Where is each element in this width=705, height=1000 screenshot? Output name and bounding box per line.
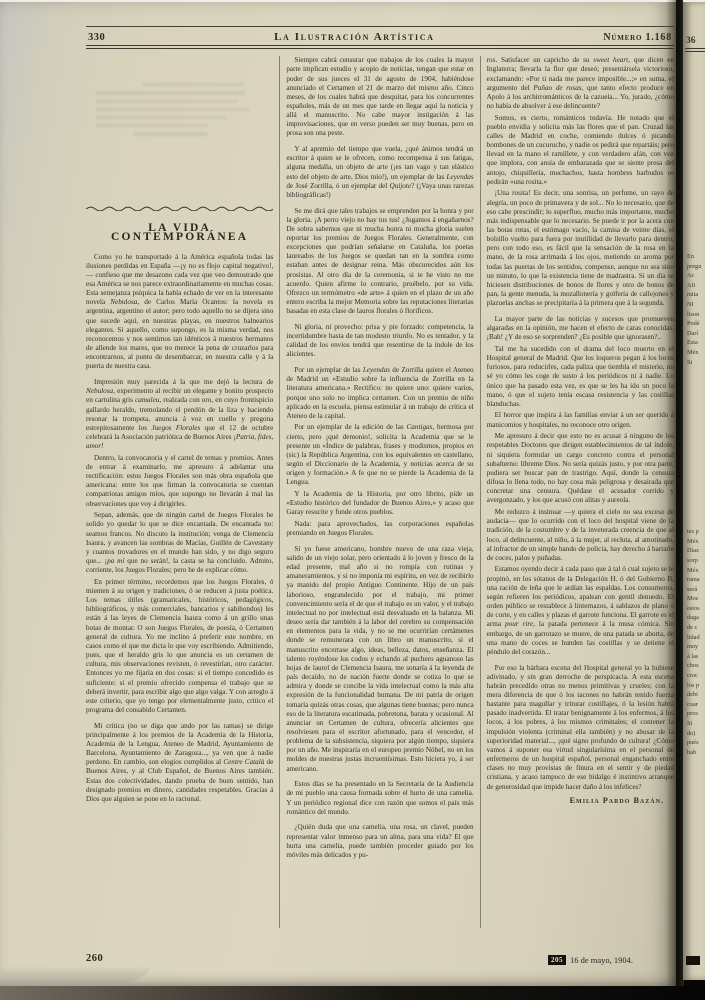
paragraph: Por un ejemplar de la edición de las Can…: [286, 423, 473, 487]
paragraph: Me reduzco á insinuar —y quiera el cielo…: [487, 508, 674, 563]
ink-bleed-ghost: [96, 100, 238, 103]
article-title: LA VIDA CONTEMPORÁNEA: [86, 224, 273, 242]
text-columns: LA VIDA CONTEMPORÁNEA Como yo he transpo…: [86, 56, 674, 928]
column-3: ros. Satisfacer un capricho de su sweet …: [487, 56, 674, 928]
paragraph: Estos días se ha presentado en la Secret…: [286, 780, 473, 817]
paragraph: En primer término, recordemos que los Ju…: [86, 578, 273, 715]
ink-bleed-ghost: [142, 83, 245, 86]
paragraph: Tal me ha sucedido con el drama del loco…: [487, 345, 674, 409]
ink-bleed-ghost: [133, 132, 208, 135]
next-page-text-fragments-lower: tes pMéxDíazsorpMéxramaseráMocestosdagad…: [683, 527, 705, 757]
header-double-rule: [86, 45, 674, 49]
article-title-block: LA VIDA CONTEMPORÁNEA: [86, 206, 273, 242]
paragraph: Mi crítica (no se diga que ando por las …: [86, 722, 273, 804]
paragraph: Ni gloria, ni provecho: prisa y pie forz…: [286, 323, 473, 360]
paragraph: ¡Una rosita! Es decir, una sonrisa, un p…: [487, 189, 674, 308]
paragraph: ¿Quién duda que una camelia, una rosa, u…: [286, 823, 473, 860]
next-page-issue-badge-partial: [686, 956, 700, 965]
book-gutter-shadow: [666, 0, 684, 986]
column-divider: [279, 56, 280, 928]
paragraph: Nada: para aprovechados, las corporacion…: [286, 520, 473, 538]
wavy-rule: [86, 206, 273, 211]
next-page-text-fragments-upper: EnpreguAcAfimitaNIlisonPodéDaríEstaMéxSi: [683, 252, 705, 367]
column-divider: [480, 56, 481, 928]
paragraph: Por eso la bárbara escena del Hospital g…: [487, 664, 674, 792]
paragraph: ros. Satisfacer un capricho de su sweet …: [487, 56, 674, 111]
publication-title: La Ilustración Artística: [274, 31, 434, 43]
blank-area-with-bleedthrough: [86, 56, 273, 206]
next-page-number: 36: [686, 36, 705, 46]
next-page-rule: [685, 48, 705, 52]
author-signature: Emilia Pardo Bazán.: [487, 796, 674, 805]
footer-page-number: 260: [86, 953, 103, 964]
paragraph: Por un ejemplar de las Leyendas de Zorri…: [286, 366, 473, 421]
paragraph: La mayor parte de las noticias y sucesos…: [487, 315, 674, 342]
footer-date: 16 de mayo, 1904.: [570, 955, 633, 965]
footer-date-line: 205 16 de mayo, 1904.: [548, 955, 633, 965]
scan-bottom-shadow: [0, 986, 705, 1000]
issue-number-badge: 205: [548, 955, 566, 965]
magazine-scan: 330 La Ilustración Artística Número 1.16…: [0, 0, 705, 1000]
page-number-left: 330: [88, 32, 105, 43]
paragraph: Impresión muy parecida á la que me dejó …: [86, 378, 273, 451]
paragraph: El horror que inspira á las familias env…: [487, 411, 674, 429]
ink-bleed-ghost: [96, 91, 246, 94]
ink-bleed-ghost: [96, 116, 227, 119]
paragraph: Me apresuro á decir que esto no es acusa…: [487, 432, 674, 505]
ink-bleed-ghost: [96, 124, 208, 127]
paragraph: Siempre cabrá censurar que trabajos de l…: [286, 56, 473, 138]
paragraph: Y la Academia de la Historia, por otro l…: [286, 490, 473, 517]
paragraph: Se me dirá que tales trabajos se emprend…: [286, 207, 473, 317]
paragraph: Sepan, además, que de ningún cartel de J…: [86, 511, 273, 575]
ink-bleed-ghost: [96, 108, 250, 111]
paragraph: Como yo he transportado á la América esp…: [86, 253, 273, 372]
paragraph: Dentro, la convocatoria y el cartel de t…: [86, 454, 273, 509]
paragraph: Si yo fuese americano, hombre nuevo de u…: [286, 545, 473, 774]
paragraph: Y al apremio del tiempo que vuela, ¿qué …: [286, 145, 473, 200]
next-page-edge: 36 EnpreguAcAfimitaNIlisonPodéDaríEstaMé…: [683, 0, 705, 980]
issue-number: Número 1.168: [603, 32, 672, 43]
page-header: 330 La Ilustración Artística Número 1.16…: [86, 30, 674, 45]
main-page: 330 La Ilustración Artística Número 1.16…: [0, 0, 676, 988]
paragraph: Estamos oyendo decir á cada paso que á t…: [487, 565, 674, 657]
column-2: Siempre cabrá censurar que trabajos de l…: [286, 56, 473, 928]
paragraph: Somos, es cierto, románticos todavía. He…: [487, 114, 674, 187]
column-1: LA VIDA CONTEMPORÁNEA Como yo he transpo…: [86, 56, 273, 928]
page-content: 330 La Ilustración Artística Número 1.16…: [86, 26, 674, 928]
header-top-rule: [86, 26, 674, 27]
